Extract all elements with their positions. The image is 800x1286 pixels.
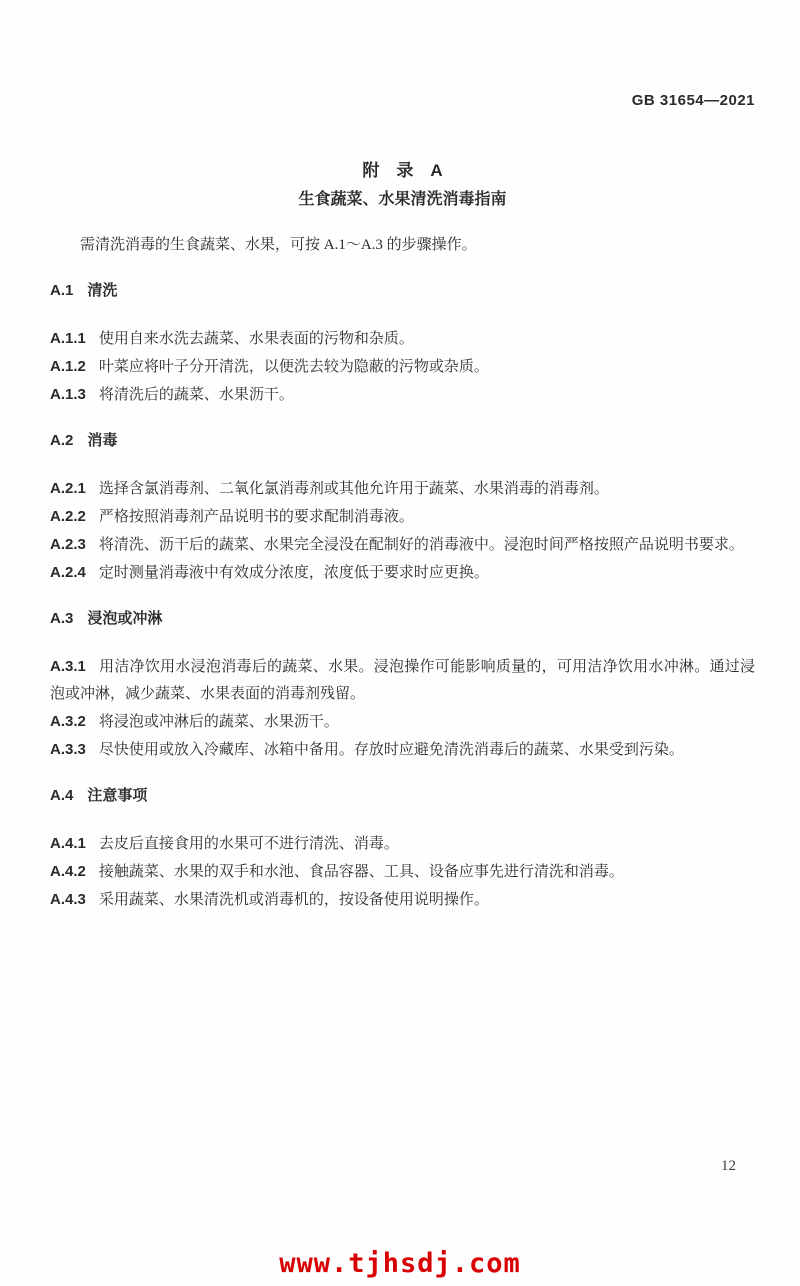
clause-number: A.1.3 bbox=[50, 386, 86, 403]
section-heading: A.4注意事项 bbox=[50, 782, 755, 809]
clause: A.1.3将清洗后的蔬菜、水果沥干。 bbox=[50, 381, 755, 409]
section-a2: A.2消毒 A.2.1选择含氯消毒剂、二氧化氯消毒剂或其他允许用于蔬菜、水果消毒… bbox=[50, 427, 755, 587]
clause: A.1.2叶菜应将叶子分开清洗，以便洗去较为隐蔽的污物或杂质。 bbox=[50, 353, 755, 381]
clause-text: 用洁净饮用水浸泡消毒后的蔬菜、水果。浸泡操作可能影响质量的，可用洁净饮用水冲淋。… bbox=[50, 659, 755, 702]
clause: A.3.1用洁净饮用水浸泡消毒后的蔬菜、水果。浸泡操作可能影响质量的，可用洁净饮… bbox=[50, 653, 755, 708]
section-number: A.4 bbox=[50, 787, 73, 804]
clause-text: 选择含氯消毒剂、二氧化氯消毒剂或其他允许用于蔬菜、水果消毒的消毒剂。 bbox=[99, 481, 609, 497]
section-title: 消毒 bbox=[87, 432, 117, 449]
section-heading: A.1清洗 bbox=[50, 277, 755, 304]
clause-text: 将清洗后的蔬菜、水果沥干。 bbox=[99, 387, 294, 403]
clause: A.2.2严格按照消毒剂产品说明书的要求配制消毒液。 bbox=[50, 503, 755, 531]
clause-text: 定时测量消毒液中有效成分浓度，浓度低于要求时应更换。 bbox=[99, 565, 489, 581]
section-number: A.3 bbox=[50, 610, 73, 627]
clause-text: 严格按照消毒剂产品说明书的要求配制消毒液。 bbox=[99, 509, 414, 525]
section-a1: A.1清洗 A.1.1使用自来水洗去蔬菜、水果表面的污物和杂质。 A.1.2叶菜… bbox=[50, 277, 755, 409]
watermark-url: www.tjhsdj.com bbox=[0, 1248, 800, 1279]
section-number: A.2 bbox=[50, 432, 73, 449]
clause-number: A.4.3 bbox=[50, 891, 86, 908]
intro-paragraph: 需清洗消毒的生食蔬菜、水果，可按 A.1～A.3 的步骤操作。 bbox=[50, 232, 755, 259]
page-content: GB 31654—2021 附 录 A 生食蔬菜、水果清洗消毒指南 需清洗消毒的… bbox=[0, 92, 800, 914]
clause-text: 采用蔬菜、水果清洗机或消毒机的，按设备使用说明操作。 bbox=[99, 892, 489, 908]
clause-number: A.2.4 bbox=[50, 564, 86, 581]
clause-text: 去皮后直接食用的水果可不进行清洗、消毒。 bbox=[99, 836, 399, 852]
clause-number: A.3.1 bbox=[50, 658, 86, 675]
clause-number: A.3.3 bbox=[50, 741, 86, 758]
clause-number: A.1.2 bbox=[50, 358, 86, 375]
clause: A.4.1去皮后直接食用的水果可不进行清洗、消毒。 bbox=[50, 830, 755, 858]
section-a4: A.4注意事项 A.4.1去皮后直接食用的水果可不进行清洗、消毒。 A.4.2接… bbox=[50, 782, 755, 914]
clause-number: A.2.3 bbox=[50, 536, 86, 553]
clause-text: 尽快使用或放入冷藏库、冰箱中备用。存放时应避免清洗消毒后的蔬菜、水果受到污染。 bbox=[99, 742, 684, 758]
section-title: 清洗 bbox=[87, 282, 117, 299]
clause: A.3.2将浸泡或冲淋后的蔬菜、水果沥干。 bbox=[50, 708, 755, 736]
appendix-title: 附 录 A bbox=[50, 161, 755, 181]
clause-number: A.3.2 bbox=[50, 713, 86, 730]
section-number: A.1 bbox=[50, 282, 73, 299]
clause-number: A.1.1 bbox=[50, 330, 86, 347]
clause-text: 使用自来水洗去蔬菜、水果表面的污物和杂质。 bbox=[99, 331, 414, 347]
clause: A.2.3将清洗、沥干后的蔬菜、水果完全浸没在配制好的消毒液中。浸泡时间严格按照… bbox=[50, 531, 755, 559]
clause: A.3.3尽快使用或放入冷藏库、冰箱中备用。存放时应避免清洗消毒后的蔬菜、水果受… bbox=[50, 736, 755, 764]
section-a3: A.3浸泡或冲淋 A.3.1用洁净饮用水浸泡消毒后的蔬菜、水果。浸泡操作可能影响… bbox=[50, 605, 755, 764]
clause-number: A.2.2 bbox=[50, 508, 86, 525]
section-heading: A.2消毒 bbox=[50, 427, 755, 454]
document-page: GB 31654—2021 附 录 A 生食蔬菜、水果清洗消毒指南 需清洗消毒的… bbox=[0, 0, 800, 1286]
clause-text: 将浸泡或冲淋后的蔬菜、水果沥干。 bbox=[99, 714, 339, 730]
clause-text: 将清洗、沥干后的蔬菜、水果完全浸没在配制好的消毒液中。浸泡时间严格按照产品说明书… bbox=[99, 537, 744, 553]
appendix-subtitle: 生食蔬菜、水果清洗消毒指南 bbox=[50, 190, 755, 210]
clause: A.2.1选择含氯消毒剂、二氧化氯消毒剂或其他允许用于蔬菜、水果消毒的消毒剂。 bbox=[50, 475, 755, 503]
clause: A.4.2接触蔬菜、水果的双手和水池、食品容器、工具、设备应事先进行清洗和消毒。 bbox=[50, 858, 755, 886]
clause-text: 接触蔬菜、水果的双手和水池、食品容器、工具、设备应事先进行清洗和消毒。 bbox=[99, 864, 624, 880]
section-heading: A.3浸泡或冲淋 bbox=[50, 605, 755, 632]
clause: A.1.1使用自来水洗去蔬菜、水果表面的污物和杂质。 bbox=[50, 325, 755, 353]
page-number: 12 bbox=[721, 1158, 736, 1175]
clause-number: A.4.2 bbox=[50, 863, 86, 880]
standard-code: GB 31654—2021 bbox=[50, 92, 755, 109]
clause-number: A.4.1 bbox=[50, 835, 86, 852]
clause-text: 叶菜应将叶子分开清洗，以便洗去较为隐蔽的污物或杂质。 bbox=[99, 359, 489, 375]
clause: A.4.3采用蔬菜、水果清洗机或消毒机的，按设备使用说明操作。 bbox=[50, 886, 755, 914]
clause-number: A.2.1 bbox=[50, 480, 86, 497]
section-title: 浸泡或冲淋 bbox=[87, 610, 162, 627]
section-title: 注意事项 bbox=[87, 787, 147, 804]
clause: A.2.4定时测量消毒液中有效成分浓度，浓度低于要求时应更换。 bbox=[50, 559, 755, 587]
